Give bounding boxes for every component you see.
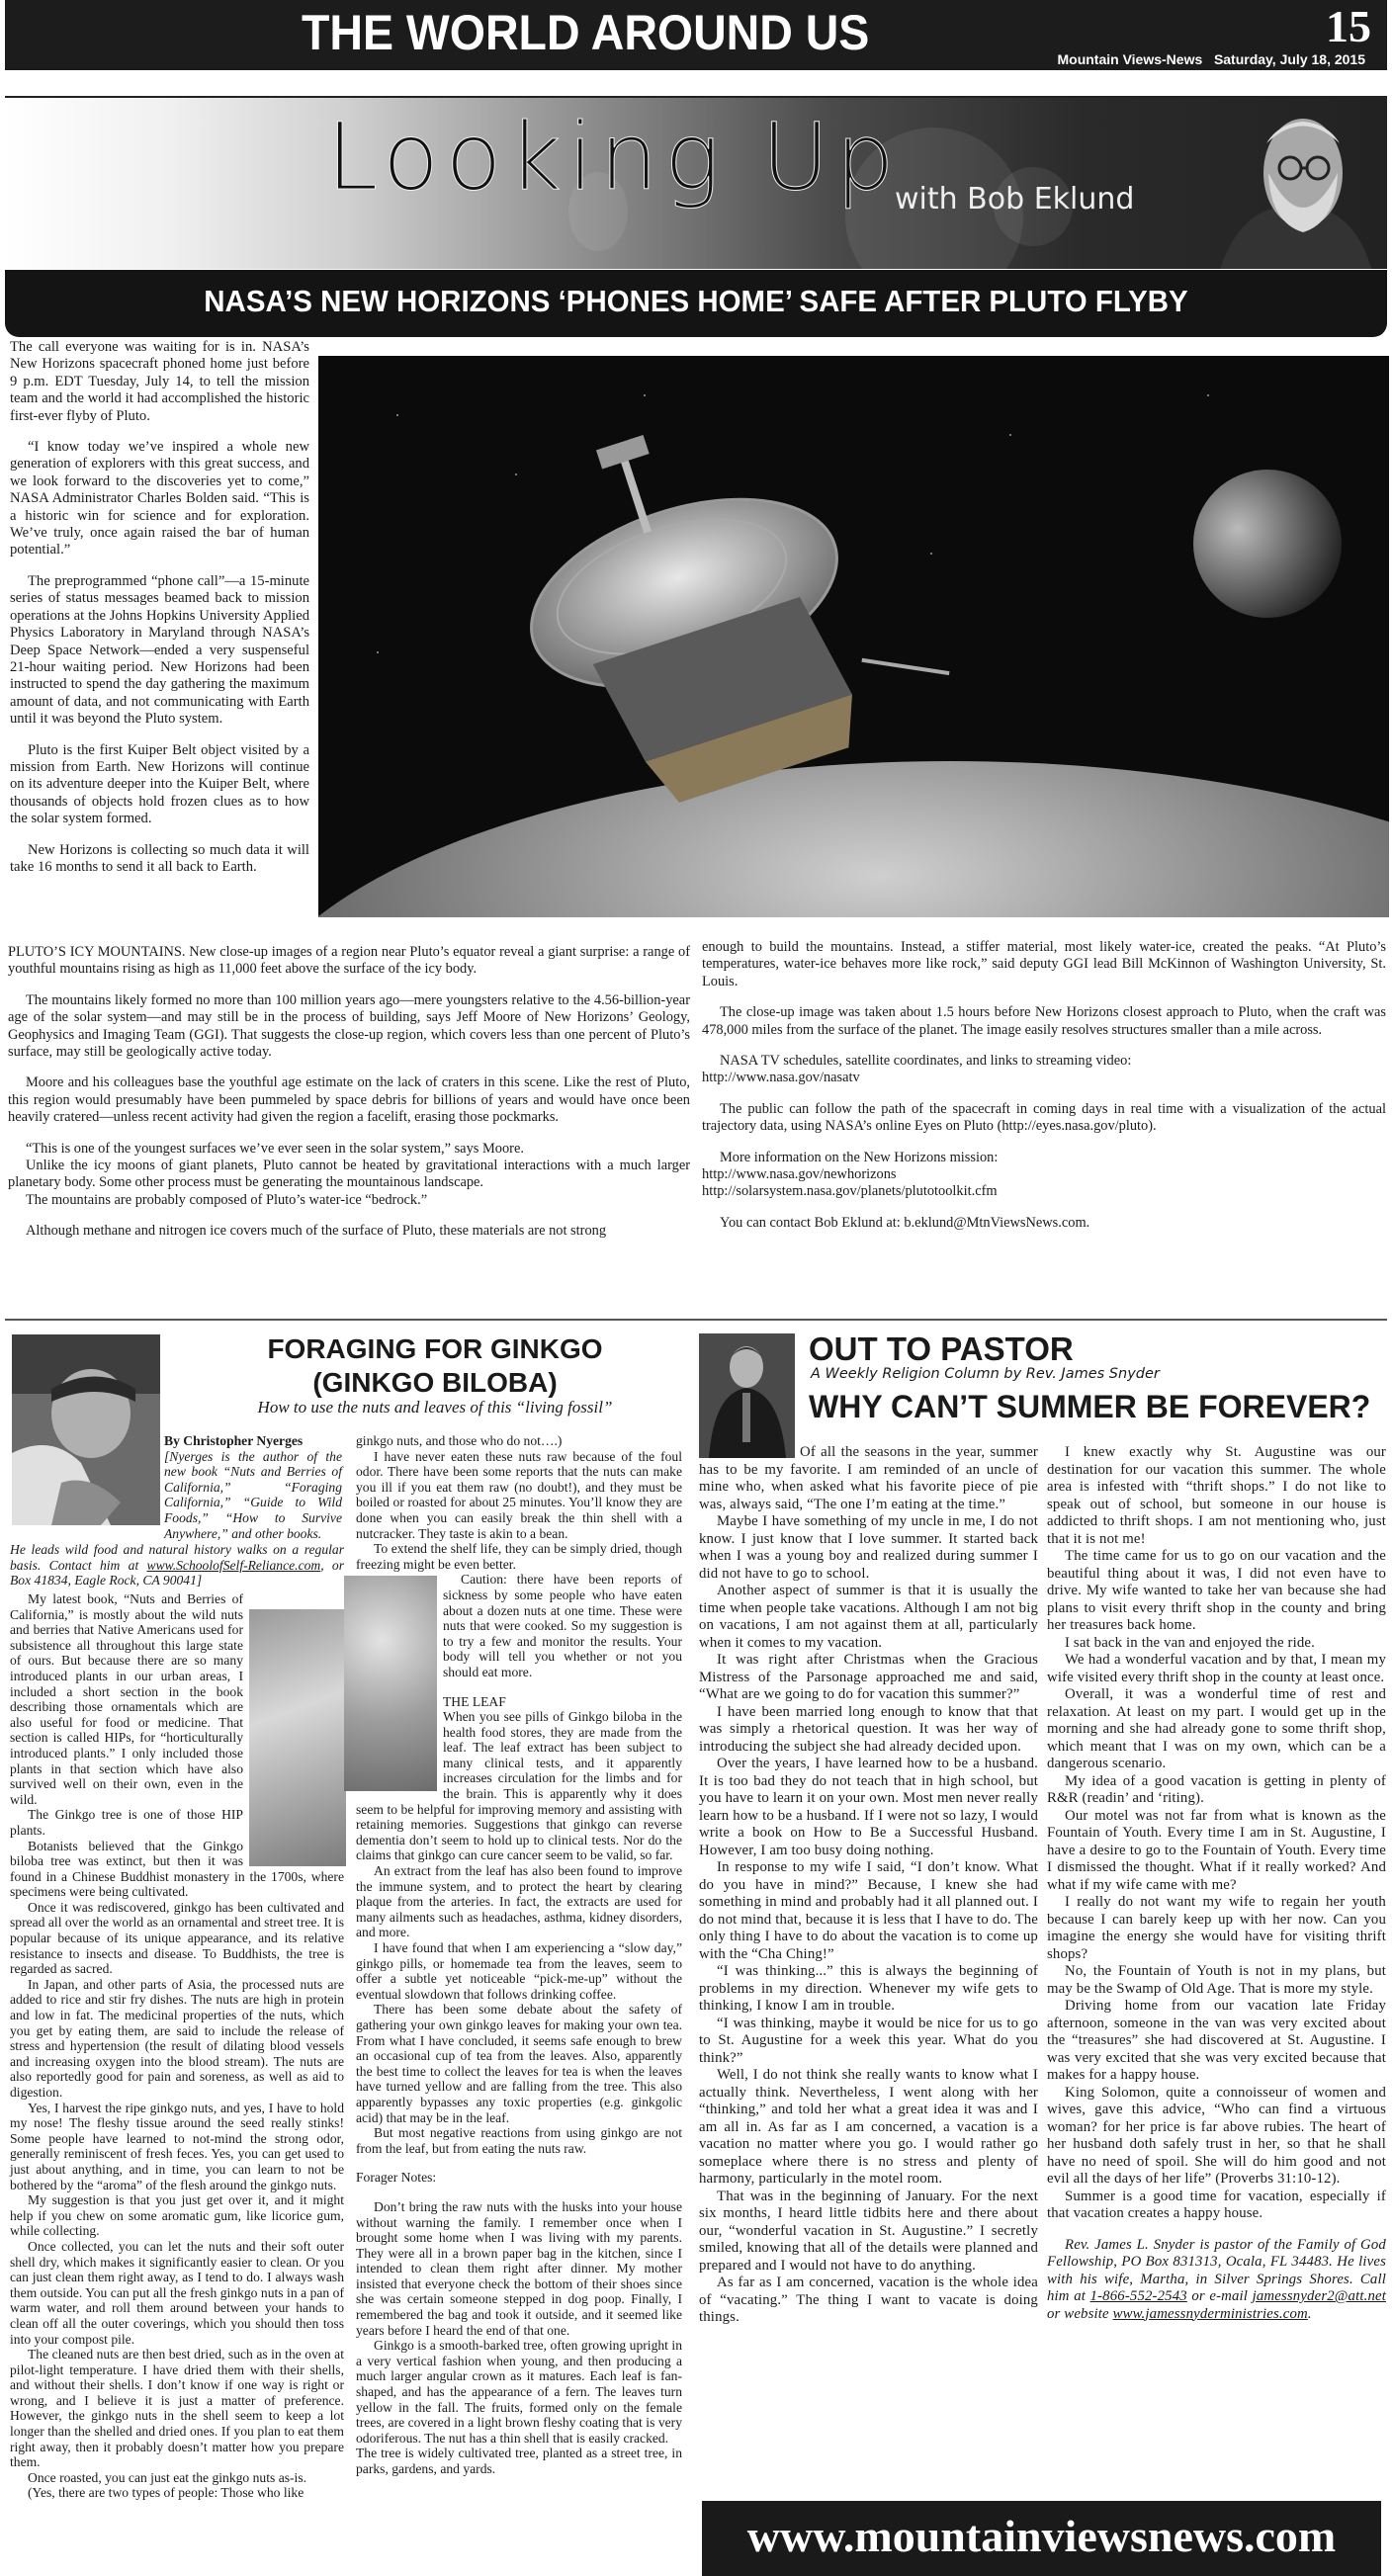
paragraph: I have never eaten these nuts raw becaus…: [356, 1449, 682, 1542]
paragraph: I really do not want my wife to regain h…: [1047, 1894, 1386, 1963]
paragraph: New Horizons is collecting so much data …: [10, 842, 309, 877]
paragraph: PLUTO’S ICY MOUNTAINS. New close-up imag…: [8, 944, 690, 979]
author-byline-block: By Christopher Nyerges [Nyerges is the a…: [164, 1433, 342, 1541]
paragraph: I knew exactly why St. Augustine was our…: [1047, 1444, 1386, 1548]
paragraph: Moore and his colleagues base the youthf…: [8, 1074, 690, 1126]
new-horizons-photo: [318, 356, 1389, 917]
author-bio: Rev. James L. Snyder is pastor of the Fa…: [1047, 2237, 1386, 2324]
paragraph: “I was thinking, maybe it would be nice …: [699, 2016, 1038, 2068]
author-byline: By Christopher Nyerges: [164, 1433, 342, 1449]
article-headline: NASA’S NEW HORIZONS ‘PHONES HOME’ SAFE A…: [40, 284, 1352, 319]
column-byline: with Bob Eklund: [895, 182, 1134, 216]
page-number: 15: [1326, 0, 1371, 52]
phone-link[interactable]: 1-866-552-2543: [1090, 2288, 1187, 2304]
paragraph: Yes, I harvest the ripe ginkgo nuts, and…: [10, 2101, 344, 2193]
paragraph: Once it was rediscovered, ginkgo has bee…: [10, 1900, 344, 1977]
article-headline: FORAGING FOR GINKGO (GINKGO BILOBA): [237, 1332, 633, 1400]
article-body-column: I knew exactly why St. Augustine was our…: [1047, 1444, 1386, 2323]
website-link[interactable]: www.jamessnyderministries.com: [1113, 2306, 1308, 2322]
headline-bar: NASA’S NEW HORIZONS ‘PHONES HOME’ SAFE A…: [5, 270, 1387, 337]
paragraph: That was in the beginning of January. Fo…: [699, 2189, 1038, 2275]
article-body-column: ginkgo nuts, and those who do not….) I h…: [356, 1433, 682, 2477]
bio-text: or website: [1047, 2306, 1113, 2322]
paragraph: Summer is a good time for vacation, espe…: [1047, 2189, 1386, 2223]
school-website-link[interactable]: www.SchoolofSelf-Reliance.com: [147, 1558, 321, 1573]
paragraph: I have found that when I am experiencing…: [356, 1940, 682, 2002]
paragraph: More information on the New Horizons mis…: [702, 1150, 1386, 1166]
article-subhead: How to use the nuts and leaves of this “…: [178, 1398, 692, 1417]
paragraph: The mountains likely formed no more than…: [8, 992, 690, 1062]
footer-url-bar: www.mountainviewsnews.com: [702, 2501, 1381, 2576]
paragraph: Well, I do not think she really wants to…: [699, 2067, 1038, 2189]
paragraph: I sat back in the van and enjoyed the ri…: [1047, 1635, 1386, 1653]
bob-eklund-portrait: [1209, 104, 1377, 269]
paragraph: The call everyone was waiting for is in.…: [10, 339, 309, 425]
paragraph: We had a wonderful vacation and by that,…: [1047, 1652, 1386, 1686]
paragraph: The public can follow the path of the sp…: [702, 1101, 1386, 1136]
article-body-column: PLUTO’S ICY MOUNTAINS. New close-up imag…: [8, 944, 690, 1241]
paragraph: King Solomon, quite a connoisseur of wom…: [1047, 2085, 1386, 2189]
publication-info: Mountain Views-News Saturday, July 18, 2…: [1057, 51, 1365, 67]
paragraph: Unlike the icy moons of giant planets, P…: [8, 1158, 690, 1192]
paragraph: The close-up image was taken about 1.5 h…: [702, 1004, 1386, 1039]
column-tagline: A Weekly Religion Column by Rev. James S…: [811, 1366, 1160, 1382]
paragraph: Another aspect of summer is that it is u…: [699, 1583, 1038, 1652]
paragraph: “This is one of the youngest surfaces we…: [8, 1141, 690, 1158]
paragraph: There has been some debate about the saf…: [356, 2002, 682, 2125]
paragraph: Once collected, you can let the nuts and…: [10, 2239, 344, 2347]
paragraph: ginkgo nuts, and those who do not….): [356, 1433, 682, 1449]
james-snyder-photo: [699, 1333, 795, 1458]
paragraph: NASA TV schedules, satellite coordinates…: [702, 1053, 1386, 1070]
paragraph: My idea of a good vacation is getting in…: [1047, 1773, 1386, 1808]
nasa-tv-link[interactable]: http://www.nasa.gov/nasatv: [702, 1070, 1386, 1086]
spacecraft-illustration: [318, 356, 1389, 917]
masthead: THE WORLD AROUND US 15 Mountain Views-Ne…: [5, 0, 1387, 70]
photo-spacer: [699, 1444, 800, 1458]
paragraph: enough to build the mountains. Instead, …: [702, 939, 1386, 990]
paragraph: Maybe I have something of my uncle in me…: [699, 1513, 1038, 1583]
paragraph: The tree is widely cultivated tree, plan…: [356, 2446, 682, 2476]
ginkgo-nuts-photo: [249, 1609, 346, 1866]
publication-date: Saturday, July 18, 2015: [1214, 51, 1365, 67]
headline-line: FORAGING FOR GINKGO: [237, 1332, 633, 1366]
paragraph: In response to my wife I said, “I don’t …: [699, 1859, 1038, 1963]
paragraph: The preprogrammed “phone call”—a 15-minu…: [10, 573, 309, 729]
paragraph: An extract from the leaf has also been f…: [356, 1863, 682, 1940]
email-link[interactable]: jamessnyder2@att.net: [1253, 2288, 1386, 2304]
new-horizons-link[interactable]: http://www.nasa.gov/newhorizons: [702, 1166, 1386, 1183]
pluto-toolkit-link[interactable]: http://solarsystem.nasa.gov/planets/plut…: [702, 1183, 1386, 1200]
paragraph: “I was thinking...” this is always the b…: [699, 1963, 1038, 2016]
paragraph: It was right after Christmas when the Gr…: [699, 1652, 1038, 1704]
article-body-column: enough to build the mountains. Instead, …: [702, 939, 1386, 1232]
newspaper-website-link[interactable]: www.mountainviewsnews.com: [702, 2510, 1381, 2562]
paragraph: My suggestion is that you just get over …: [10, 2192, 344, 2239]
column-banner: Looking Up with Bob Eklund: [5, 96, 1387, 269]
paragraph: (Yes, there are two types of people: Tho…: [10, 2485, 344, 2501]
paragraph: Pluto is the first Kuiper Belt object vi…: [10, 742, 309, 828]
paragraph: I have been married long enough to know …: [699, 1704, 1038, 1757]
paragraph: Driving home from our vacation late Frid…: [1047, 1998, 1386, 2085]
paragraph: The mountains are probably composed of P…: [8, 1192, 690, 1209]
article-body-column: My latest book, “Nuts and Berries of Cal…: [10, 1591, 344, 2501]
column-kicker: OUT TO PASTOR: [809, 1331, 1074, 1368]
headline-line: (GINKGO BILOBA): [237, 1366, 633, 1400]
publication-name: Mountain Views-News: [1057, 51, 1202, 67]
section-divider: [5, 1319, 1387, 1321]
paragraph: The cleaned nuts are then best dried, su…: [10, 2347, 344, 2470]
paragraph: Our motel was not far from what is known…: [1047, 1808, 1386, 1895]
paragraph: Don’t bring the raw nuts with the husks …: [356, 2199, 682, 2338]
contact-line: You can contact Bob Eklund at: b.eklund@…: [702, 1215, 1386, 1232]
paragraph: As far as I am concerned, vacation is th…: [699, 2275, 1038, 2327]
column-title: Looking Up: [326, 104, 901, 212]
christopher-nyerges-photo: [12, 1334, 160, 1525]
article-headline: WHY CAN’T SUMMER BE FOREVER?: [809, 1389, 1370, 1425]
subheading: Forager Notes:: [356, 2170, 682, 2186]
paragraph: Although methane and nitrogen ice covers…: [8, 1223, 690, 1240]
author-bio-continued: He leads wild food and natural history w…: [10, 1542, 344, 1589]
author-bio: [Nyerges is the author of the new book “…: [164, 1449, 342, 1542]
paragraph: Once roasted, you can just eat the ginkg…: [10, 2470, 344, 2486]
paragraph: No, the Fountain of Youth is not in my p…: [1047, 1963, 1386, 1998]
paragraph: The time came for us to go on our vacati…: [1047, 1548, 1386, 1635]
paragraph: Over the years, I have learned how to be…: [699, 1756, 1038, 1859]
bio-text: .: [1308, 2306, 1312, 2322]
bio-text: or e-mail: [1187, 2288, 1253, 2304]
paragraph: In Japan, and other parts of Asia, the p…: [10, 1977, 344, 2101]
paragraph: “I know today we’ve inspired a whole new…: [10, 439, 309, 559]
article-body-column: Of all the seasons in the year, summer h…: [699, 1444, 1038, 2327]
ginkgo-nuts-photo-continued: [344, 1576, 437, 1791]
paragraph: Overall, it was a wonderful time of rest…: [1047, 1686, 1386, 1773]
article-body-column: The call everyone was waiting for is in.…: [10, 339, 309, 876]
paragraph: To extend the shelf life, they can be si…: [356, 1541, 682, 1572]
section-title: THE WORLD AROUND US: [302, 4, 869, 61]
paragraph: But most negative reactions from using g…: [356, 2125, 682, 2156]
paragraph: Ginkgo is a smooth-barked tree, often gr…: [356, 2338, 682, 2446]
